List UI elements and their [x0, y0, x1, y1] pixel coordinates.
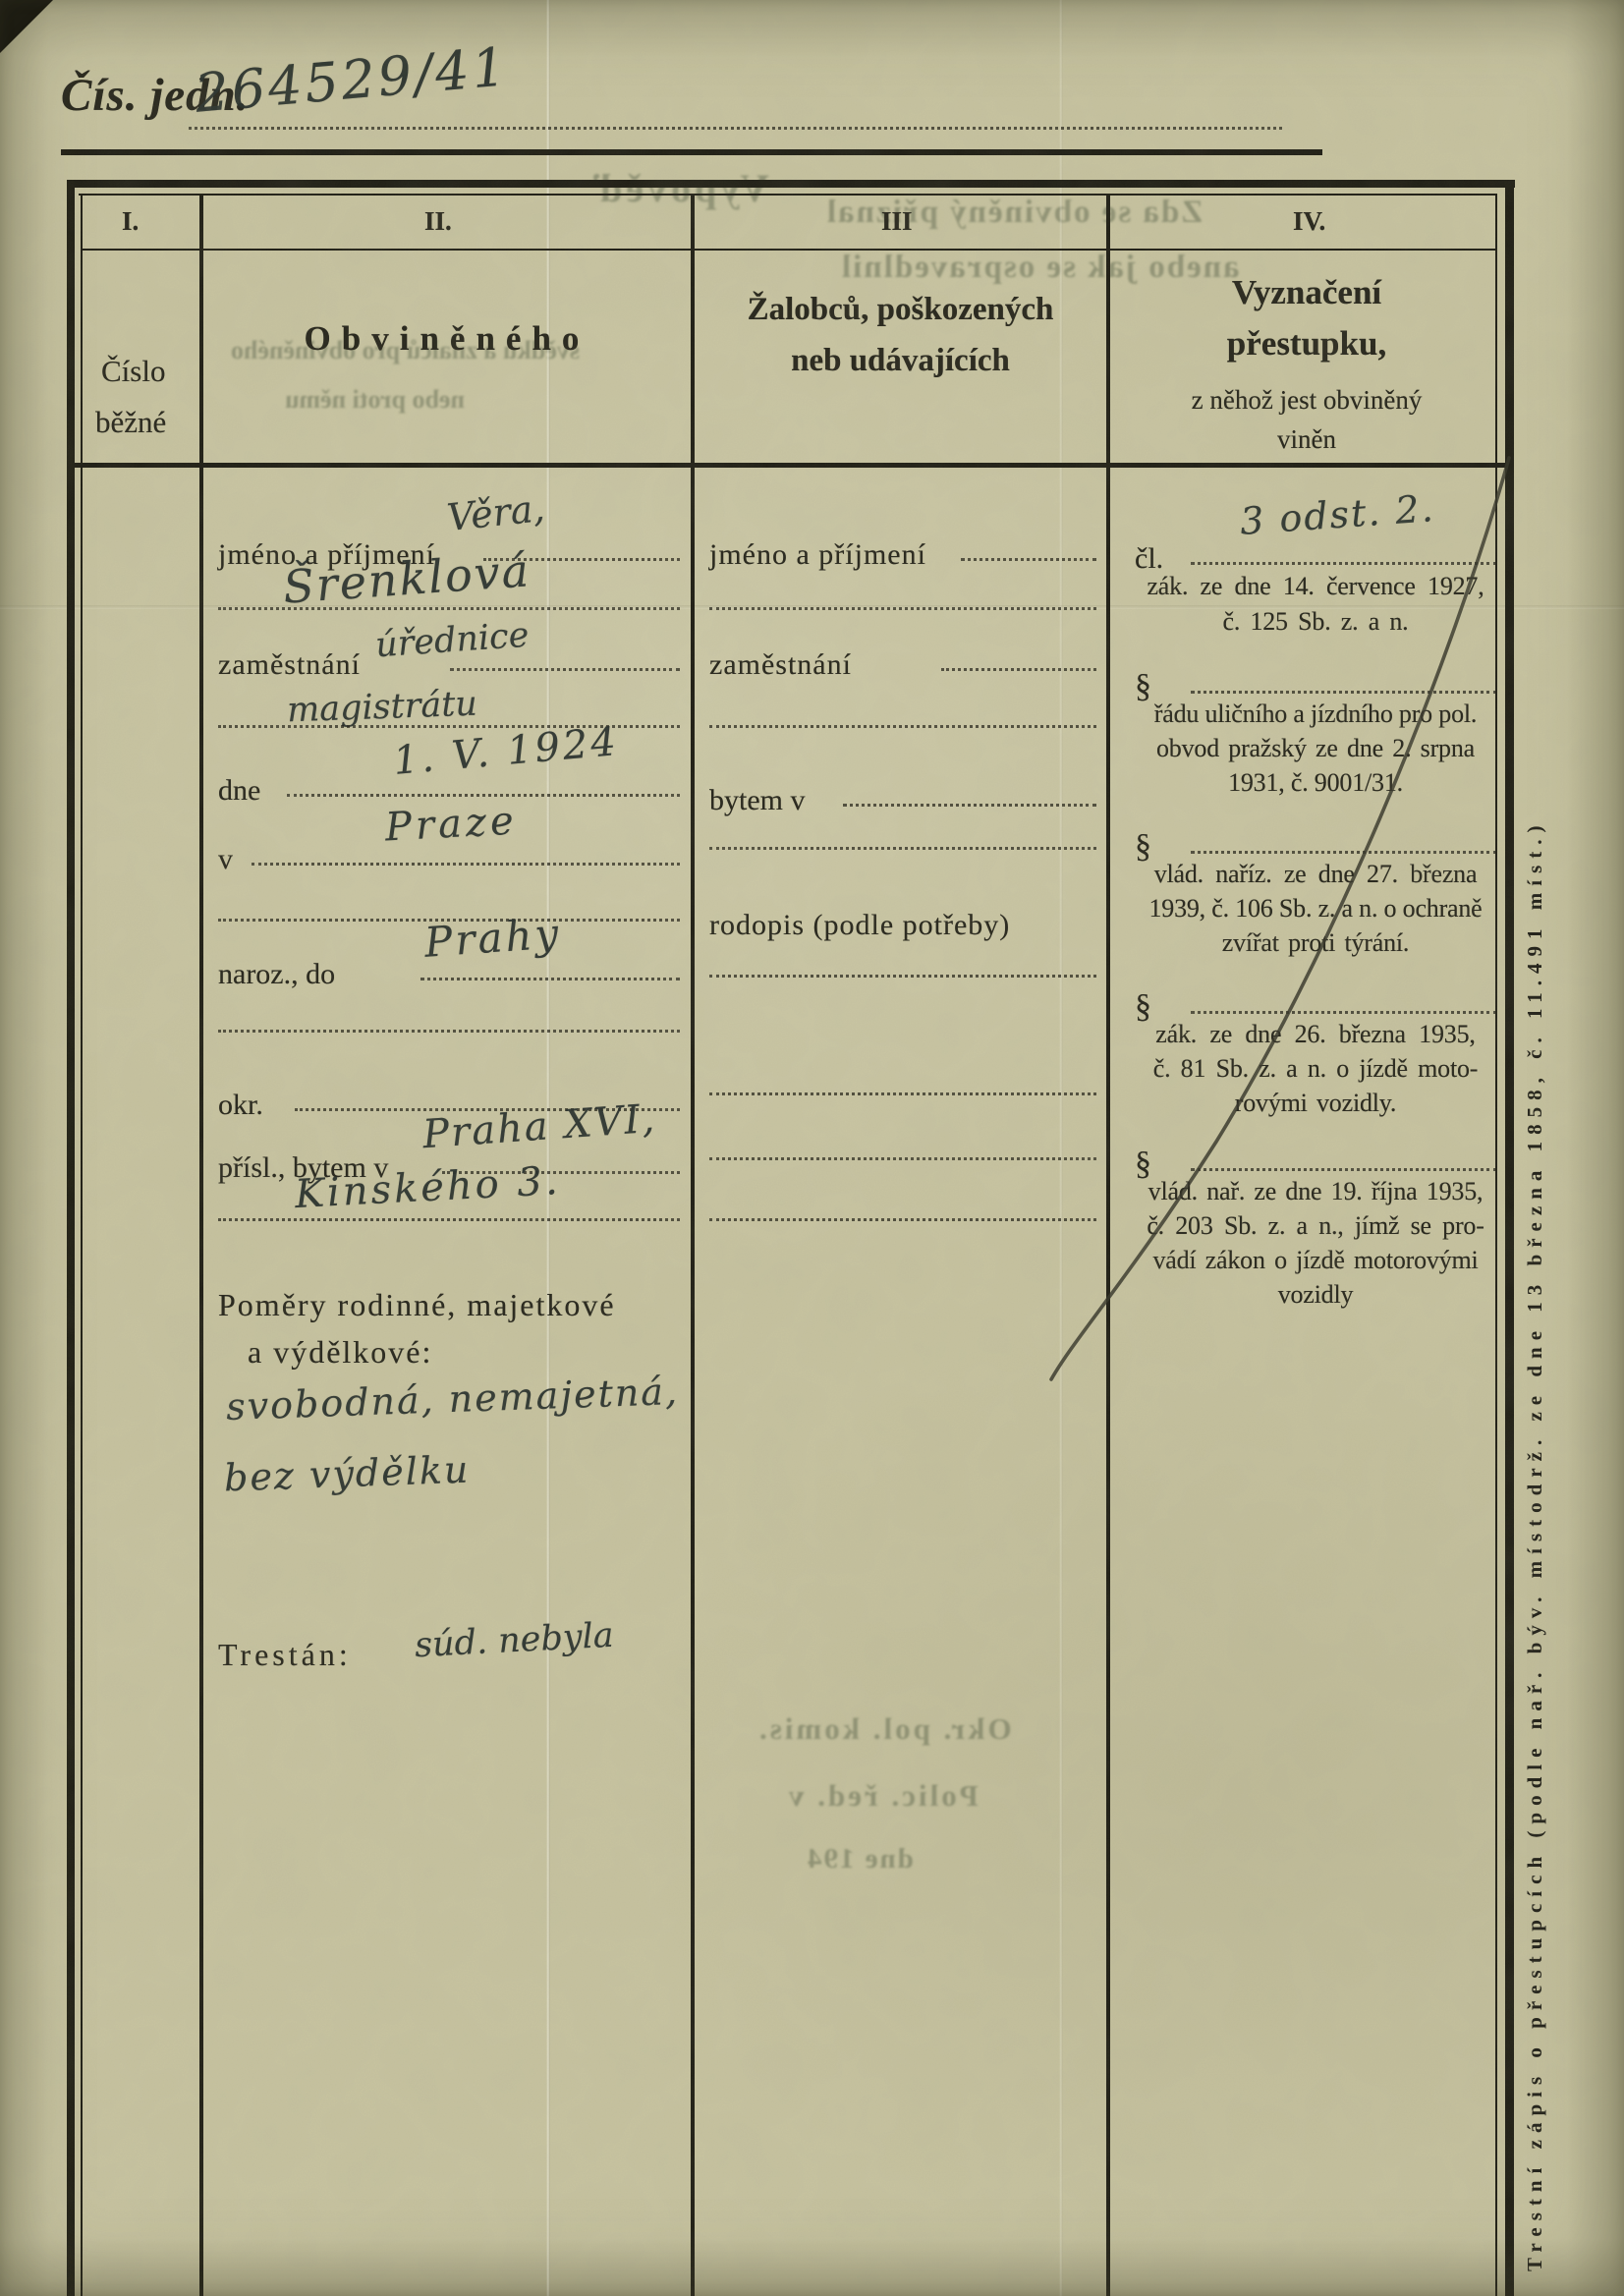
dotted-line: [420, 978, 680, 980]
dotted-line: [709, 975, 1096, 978]
punished-label: Trestán:: [218, 1637, 352, 1673]
dotted-line: [1191, 562, 1497, 565]
scanned-form-page: Vypověď Zda se obviněný přiznal anebo ja…: [0, 0, 1624, 2296]
bleedthrough-text: Vypověď: [589, 165, 769, 211]
street-code-line3: 1931, č. 9001/31.: [1128, 768, 1503, 798]
table-border-left-inner: [81, 194, 83, 2296]
table-border-right: [1505, 180, 1514, 2296]
col1-header-line1: Číslo: [101, 354, 165, 389]
col2-header-title: Obviněného: [203, 319, 691, 359]
handwritten-family-status: svobodná, nemajetná,: [225, 1370, 679, 1428]
dotted-line: [709, 1092, 1096, 1095]
scanner-corner-shadow: [0, 0, 53, 53]
motor-decree-line4: vozidly: [1128, 1280, 1503, 1310]
field-label-born-col2: naroz., do: [218, 958, 335, 991]
column-numeral-4: IV.: [1293, 206, 1325, 237]
street-code-line2: obvod pražský ze dne 2. srpna: [1128, 734, 1503, 763]
field-label-name-col3: jméno a příjmení: [709, 538, 926, 572]
dotted-line: [450, 668, 680, 671]
dotted-line: [709, 847, 1096, 850]
handwritten-born-place: Prahy: [422, 909, 562, 967]
numeral-row-divider: [83, 249, 1495, 251]
field-label-occupation-col2: zaměstnání: [218, 648, 361, 682]
motor-decree-line2: č. 203 Sb. z. a n., jímž se pro-: [1128, 1211, 1503, 1241]
handwritten-place: Praze: [384, 799, 519, 851]
handwritten-date: 1. V. 1924: [391, 719, 620, 784]
field-label-district-col2: okr.: [218, 1089, 263, 1122]
table-border-top: [67, 180, 1515, 188]
col4-header-line1: Vyznačení: [1110, 273, 1503, 312]
dotted-line: [709, 1218, 1096, 1221]
col4-header-line2: přestupku,: [1110, 324, 1503, 364]
animal-protection-line3: zvířat proti týrání.: [1128, 928, 1503, 958]
column-divider-2-3: [691, 195, 695, 2296]
bleedthrough-text: nebo proti němu: [285, 385, 465, 415]
handwritten-income-status: bez výdělku: [223, 1448, 471, 1500]
col1-header-line2: běžné: [95, 405, 166, 440]
table-border-top-inner: [79, 194, 1497, 196]
dotted-line: [252, 863, 680, 866]
handwritten-residence-1: Praha XVI,: [421, 1096, 658, 1157]
col3-header-line1: Žalobců, poškozených: [695, 292, 1106, 328]
dotted-line: [1191, 1011, 1497, 1014]
field-label-date-col2: dne: [218, 774, 260, 808]
field-label-residence-col3: bytem v: [709, 784, 806, 817]
statute-1927-line2: č. 125 Sb. z. a n.: [1128, 607, 1503, 637]
table-border-right-inner: [1495, 194, 1497, 2296]
dotted-line: [287, 794, 680, 797]
bleedthrough-text: Okr. pol. komis.: [756, 1711, 1012, 1747]
column-divider-3-4: [1106, 195, 1110, 2296]
col4-header-line4: viněn: [1110, 424, 1503, 455]
dotted-line: [1191, 851, 1497, 854]
dotted-line: [709, 607, 1096, 610]
handwritten-occupation-1: úřednice: [374, 616, 531, 666]
handwritten-punished-value: súd. nebyla: [414, 1616, 614, 1666]
field-label-in-col2: v: [218, 843, 233, 876]
motor-vehicles-act-line1: zák. ze dne 26. března 1935,: [1128, 1020, 1503, 1049]
column-divider-1-2: [199, 195, 203, 2296]
animal-protection-line2: 1939, č. 106 Sb. z. a n. o ochraně: [1128, 894, 1503, 924]
dotted-line: [218, 607, 680, 610]
motor-vehicles-act-line3: rovými vozidly.: [1128, 1089, 1503, 1118]
street-code-line1: řádu uličního a jízdního pro pol.: [1128, 700, 1503, 729]
doc-number-handwritten: 264529/41: [193, 35, 511, 125]
motor-decree-line3: vádí zákon o jízdě motorovými: [1128, 1246, 1503, 1275]
dotted-line: [961, 558, 1096, 561]
table-header-bottom-divider: [75, 463, 1505, 468]
handwritten-article-value: 3 odst. 2.: [1239, 486, 1436, 543]
column-numeral-3: III: [881, 206, 913, 237]
dotted-line: [1191, 691, 1497, 694]
dotted-line: [1191, 1168, 1497, 1171]
header-underline: [61, 149, 1322, 155]
table-border-left: [67, 180, 75, 2296]
dotted-line: [843, 804, 1096, 807]
column-numeral-1: I.: [122, 206, 139, 237]
dotted-line: [709, 725, 1096, 728]
form-edition-side-text: Trestní zápis o přestupcích (podle nař. …: [1523, 818, 1547, 2271]
dotted-line: [941, 668, 1096, 671]
article-label: čl.: [1135, 542, 1163, 576]
motor-vehicles-act-line2: č. 81 Sb. z. a n. o jízdě moto-: [1128, 1054, 1503, 1084]
motor-decree-line1: vlád. nař. ze dne 19. října 1935,: [1128, 1177, 1503, 1206]
family-property-label-line2: a výdělkové:: [248, 1334, 432, 1371]
dotted-line: [218, 1030, 680, 1033]
bleedthrough-text: dne 194: [806, 1843, 914, 1876]
dotted-line: [189, 127, 1282, 130]
dotted-line: [218, 1218, 680, 1221]
bleedthrough-text: Polic. řed. v: [786, 1778, 979, 1814]
col4-header-line3: z něhož jest obviněný: [1110, 385, 1503, 416]
family-property-label-line1: Poměry rodinné, majetkové: [218, 1287, 616, 1323]
field-label-occupation-col3: zaměstnání: [709, 648, 852, 682]
dotted-line: [709, 1157, 1096, 1160]
animal-protection-line1: vlád. naříz. ze dne 27. března: [1128, 860, 1503, 889]
handwritten-first-name: Věra,: [445, 486, 546, 539]
handwritten-occupation-2: magistrátu: [286, 685, 477, 731]
statute-1927-line1: zák. ze dne 14. července 1927,: [1128, 572, 1503, 601]
col3-header-line2: neb udávajících: [695, 343, 1106, 379]
column-numeral-2: II.: [424, 206, 452, 237]
field-label-genealogy-col3: rodopis (podle potřeby): [709, 909, 1010, 942]
